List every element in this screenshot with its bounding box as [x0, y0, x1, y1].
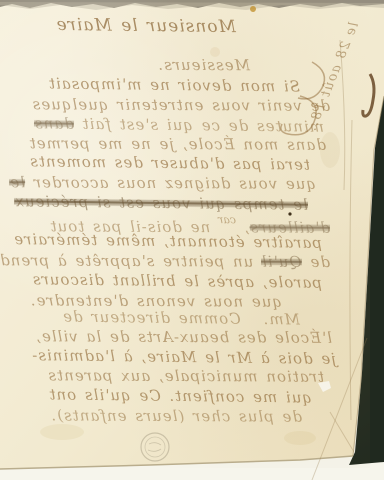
letter-line: tration municipale, aux parents: [47, 366, 324, 385]
struck-line-segment: Qu'il: [261, 253, 302, 271]
letter-line: terai pas d'abuser des moments: [29, 152, 310, 173]
line-segment: dans mon École, je ne me permet: [29, 134, 326, 154]
line-segment: de: [302, 253, 330, 271]
letter-line: de venir vous entretenir quelques: [32, 95, 330, 115]
letter-line: minutes de ce qui s'est fait dans: [34, 114, 324, 136]
letter-line: Mm.Comme directeur de: [62, 308, 300, 329]
line-segment: Comme directeur de: [62, 308, 241, 328]
line-segment: Mm.: [263, 310, 301, 328]
line-segment: car: [218, 213, 236, 226]
letter-line: de plus cher (leurs enfants).: [50, 406, 302, 425]
date-annotation: le 28 août 18..: [304, 20, 362, 134]
line-segment: parole, après le brillant discours: [32, 270, 322, 292]
line-segment: de plus cher (leurs enfants).: [50, 406, 302, 425]
letter-line: de Qu'il un peintre s'apprête à prendre …: [0, 251, 330, 271]
line-segment: minutes de ce qui s'est fait: [74, 115, 324, 136]
letter-line: le temps qui vous est si précieux: [14, 192, 308, 214]
line-segment: Messieurs.: [157, 56, 250, 74]
letter-line: dans mon École, je ne me permet: [29, 134, 326, 154]
line-segment: Si mon devoir ne m'imposait: [48, 74, 300, 95]
struck-line-segment: le: [9, 173, 25, 191]
letter-line: paraître étonnant, même téméraire: [13, 230, 322, 252]
struck-line-segment: dans: [34, 114, 74, 132]
letter-line: Si mon devoir ne m'imposait: [48, 74, 300, 95]
line-segment: que vous daignez nous accorder: [25, 173, 316, 193]
scanned-letter-page: Monsieur le MaireMessieurs.Si mon devoir…: [0, 0, 384, 480]
line-segment: qui me confient. Ce qu'ils ont: [48, 385, 312, 406]
letter-heading-line: Monsieur le Maire: [56, 15, 237, 37]
line-segment: de venir vous entretenir quelques: [32, 95, 330, 115]
line-segment: un peintre s'apprête à prendre la: [0, 251, 261, 271]
letter-line: je dois à Mr le Maire, à l'adminis-: [31, 346, 336, 368]
line-segment: je dois à Mr le Maire, à l'adminis-: [31, 346, 336, 368]
letter-line: que vous daignez nous accorder le: [9, 173, 316, 193]
line-segment: Monsieur le Maire: [56, 15, 237, 37]
line-segment: l'École des beaux-Arts de la ville,: [35, 327, 332, 347]
line-segment: terai pas d'abuser des moments: [29, 152, 310, 173]
letter-line: parole, après le brillant discours: [32, 270, 322, 292]
letter-line: Messieurs.: [157, 56, 250, 74]
letter-line: l'École des beaux-Arts de la ville,: [35, 327, 332, 347]
line-segment: tration municipale, aux parents: [47, 366, 324, 385]
mirrored-handwriting-layer: Monsieur le MaireMessieurs.Si mon devoir…: [0, 0, 384, 480]
line-segment: paraître étonnant, même téméraire: [13, 230, 322, 252]
struck-line-segment: le temps qui vous est si précieux: [14, 192, 308, 214]
letter-line: qui me confient. Ce qu'ils ont: [48, 385, 312, 406]
